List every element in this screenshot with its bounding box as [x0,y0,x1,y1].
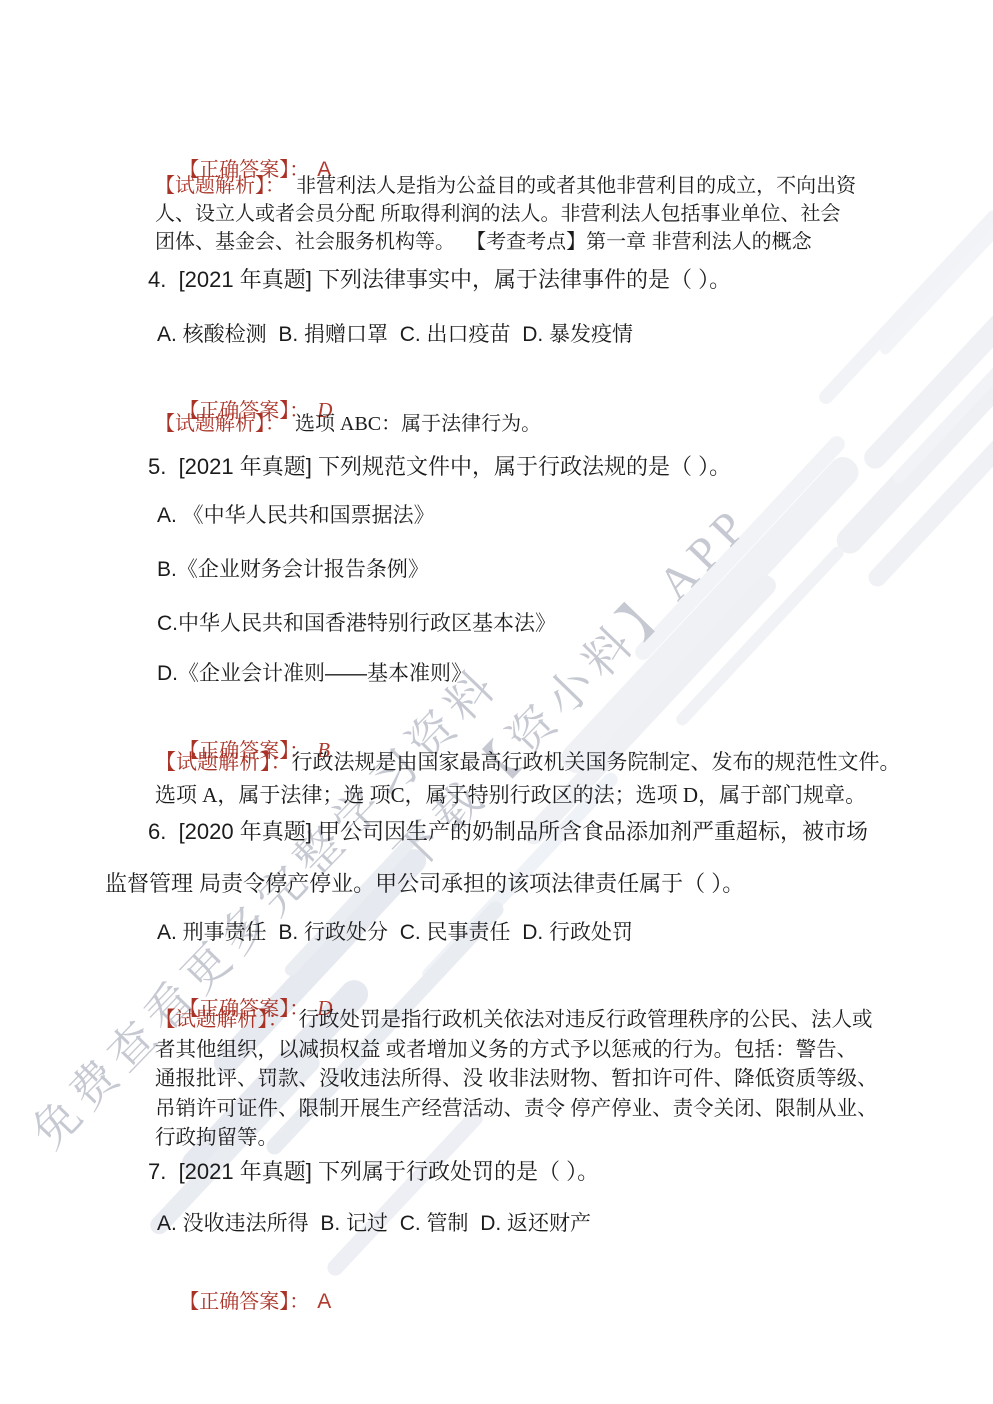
correct-answer-label: 【正确答案】： [179,1291,309,1313]
q6-explanation: 【试题解析】： 行政处罚是指行政机关依法对违反行政管理秩序的公民、法人或 者其他… [155,1006,867,1154]
q4-exp-line1: 选项 ABC：属于法律行为。 [285,413,541,435]
q6-exp-line5: 行政拘留等。 [155,1124,867,1154]
q4-options: A. 核酸检测 B. 捐赠口罩 C. 出口疫苗 D. 暴发疫情 [157,322,633,348]
q5-stem: 5. [2021 年真题] 下列规范文件中，属于行政法规的是（ ）。 [148,453,731,481]
q5-option-b: B.《企业财务会计报告条例》 [157,557,429,583]
q6-stem-line1: 6. [2020 年真题] 甲公司因生产的奶制品所含食品添加剂严重超标，被市场 [148,818,868,846]
analysis-label: 【试题解析】： [155,175,285,197]
watermark-streak [282,824,427,978]
q5-option-d: D.《企业会计准则——基本准则》 [157,661,472,687]
q5-option-c: C.中华人民共和国香港特别行政区基本法》 [157,611,556,637]
q6-exp-line3: 通报批评、罚款、没收违法所得、没 收非法财物、暂扣许可件、降低资质等级、 [155,1065,867,1095]
watermark-streak [878,203,993,356]
watermark-streak [865,388,993,590]
q3-exp-line1: 非营利法人是指为公益目的或者其他非营利目的成立，不向出资 [285,175,856,197]
watermark-streak [860,239,993,473]
q5-exp-line1: 行政法规是由国家最高行政机关国务院制定、发布的规范性文件。 [292,750,901,774]
q4-explanation: 【试题解析】： 选项 ABC：属于法律行为。 [155,410,867,438]
q6-exp-line4: 吊销许可证件、限制开展生产经营活动、责令 停产停业、责令关闭、限制从业、 [155,1095,867,1125]
q5-option-a: A. 《中华人民共和国票据法》 [157,503,435,529]
analysis-label: 【试题解析】： [155,1009,288,1031]
q3-explanation: 【试题解析】： 非营利法人是指为公益目的或者其他非营利目的成立，不向出资 人、设… [155,172,867,256]
watermark-streak [891,316,993,485]
q6-exp-line2: 者其他组织，以减损权益 或者增加义务的方式予以惩戒的行为。包括：警告、 [155,1036,867,1066]
q5-exp-line2: 选项 A，属于法律；选 项C，属于特别行政区的法；选项 D，属于部门规章。 [155,779,867,812]
q7-answer-line: 【正确答案】：A [157,1264,331,1340]
q5-explanation: 【试题解析】：行政法规是由国家最高行政机关国务院制定、发布的规范性文件。 选项 … [155,746,867,812]
watermark-streak [556,451,864,779]
q6-options: A. 刑事责任 B. 行政处分 C. 民事责任 D. 行政处罚 [157,920,633,946]
q4-stem: 4. [2021 年真题] 下列法律事实中，属于法律事件的是（ ）。 [148,266,731,294]
q7-stem: 7. [2021 年真题] 下列属于行政处罚的是（ ）。 [148,1158,599,1186]
q7-options: A. 没收违法所得 B. 记过 C. 管制 D. 返还财产 [157,1211,591,1237]
q6-exp-line1: 行政处罚是指行政机关依法对违反行政管理秩序的公民、法人或 [288,1009,872,1031]
watermark-streak [674,544,846,728]
q3-exp-line2: 人、设立人或者会员分配 所取得利润的法人。非营利法人包括事业单位、社会 [155,200,867,228]
q7-answer-letter: A [317,1290,331,1313]
q3-exp-line3: 团体、基金会、社会服务机构等。 【考查考点】第一章 非营利法人的概念 [155,228,867,256]
analysis-label: 【试题解析】： [155,750,292,774]
analysis-label: 【试题解析】： [155,413,285,435]
q6-stem-line2: 监督管理 局责令停产停业。甲公司承担的该项法律责任属于（ ）。 [105,870,744,898]
document-page: 免费查看更多完整学习资料 下载【资小料】APP 【正确答案】：A 【试题解析】：… [0,0,993,1404]
